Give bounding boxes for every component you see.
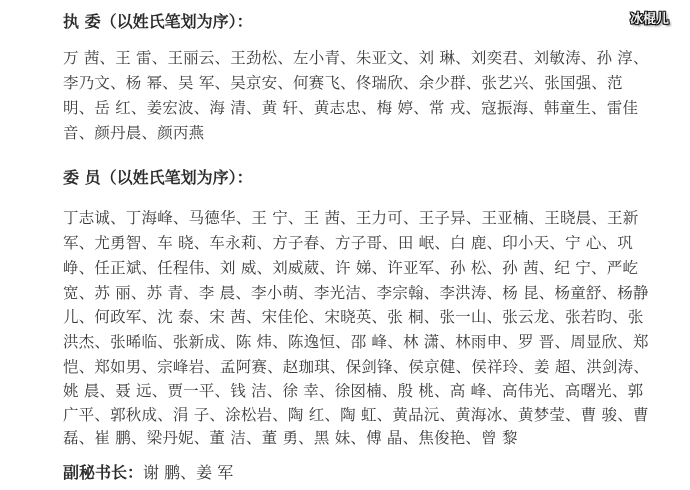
executive-committee-heading: 执 委（以姓氏笔划为序）： (63, 9, 253, 32)
committee-members-heading: 委 员（以姓氏笔划为序）： (63, 165, 253, 188)
deputy-secretary-general-names: 谢 鹏、姜 军 (143, 463, 233, 482)
text-line: 峥、任正斌、任程伟、刘 威、刘威葳、许 娣、许亚军、孙 松、孙 茜、纪 宁、严屹 (63, 258, 643, 278)
text-line: 李乃文、杨 幂、吴 军、吴京安、何赛飞、佟瑞欣、余少群、张艺兴、张国强、范 (63, 73, 643, 93)
text-line: 音、颜丹晨、颜丙燕 (63, 123, 643, 143)
text-line: 军、尤勇智、车 晓、车永莉、方子春、方子哥、田 岷、白 鹿、印小天、宁 心、巩 (63, 233, 643, 253)
text-line: 恺、郑如男、宗峰岩、孟阿赛、赵珈琪、保剑锋、侯京健、侯祥玲、姜 超、洪剑涛、 (63, 357, 643, 377)
text-line: 磊、崔 鹏、梁丹妮、董 洁、董 勇、黑 妹、傅 晶、焦俊艳、曾 黎 (63, 428, 643, 448)
deputy-secretary-general: 副秘书长：谢 鹏、姜 军 (63, 460, 233, 483)
text-line: 万 茜、王 雷、王丽云、王劲松、左小青、朱亚文、刘 琳、刘奕君、刘敏涛、孙 淳、 (63, 48, 643, 68)
text-line: 明、岳 红、姜宏波、海 清、黄 轩、黄志忠、梅 婷、常 戎、寇振海、韩童生、雷佳 (63, 98, 643, 118)
text-line: 洪杰、张晞临、张新成、陈 炜、陈逸恒、邵 峰、林 潇、林雨申、罗 晋、周显欣、郑 (63, 332, 643, 352)
text-line: 广平、郭秋成、涓 子、涂松岩、陶 红、陶 虹、黄品沅、黄海冰、黄梦莹、曹 骏、曹 (63, 405, 643, 425)
text-line: 儿、何政军、沈 泰、宋 茜、宋佳伦、宋晓英、张 桐、张一山、张云龙、张若昀、张 (63, 307, 643, 327)
watermark: 冰棍儿 (630, 8, 669, 27)
deputy-secretary-general-label: 副秘书长： (63, 463, 143, 482)
text-line: 姚 晨、聂 远、贾一平、钱 洁、徐 幸、徐囡楠、殷 桃、高 峰、高伟光、高曙光、… (63, 381, 643, 401)
text-line: 宽、苏 丽、苏 青、李 晨、李小萌、李光洁、李宗翰、李洪涛、杨 昆、杨童舒、杨静 (63, 283, 643, 303)
text-line: 丁志诚、丁海峰、马德华、王 宁、王 茜、王力可、王子异、王亚楠、王晓晨、王新 (63, 208, 643, 228)
